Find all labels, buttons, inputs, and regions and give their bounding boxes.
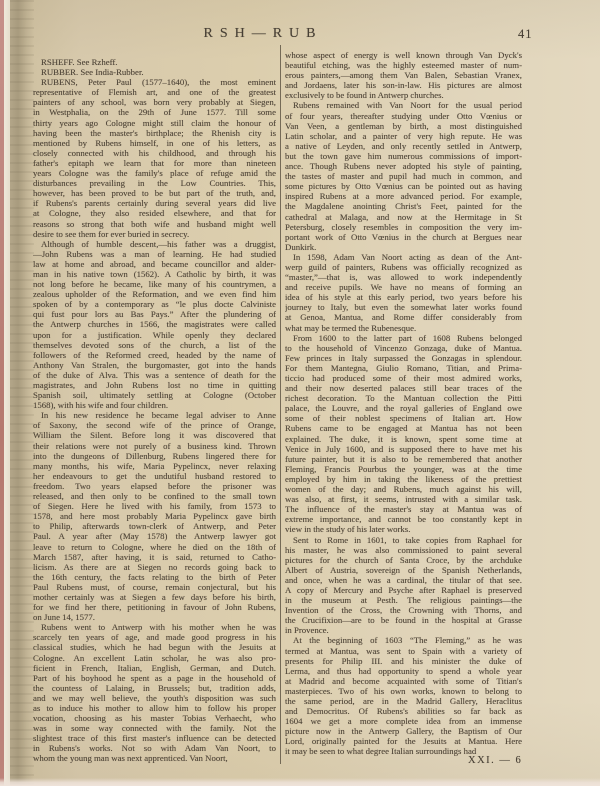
text-line: Few princes in Italy surpassed the Gonza… (285, 353, 522, 363)
text-line: having been the master's birthplace; the… (33, 128, 276, 138)
text-line: licism. As there are at Siegen no record… (33, 562, 276, 572)
page-bottom-edge (0, 778, 600, 786)
text-line: leave to return to Cologne, where he die… (33, 542, 276, 552)
page-number: 41 (518, 27, 533, 42)
text-line: and once, when he was a cardinal, the ti… (285, 575, 522, 585)
text-line: exclusively to be found in Antwerp churc… (285, 90, 522, 100)
text-line: RUBBER. See India-Rubber. (33, 67, 276, 77)
text-line: Lord, originally painted for the Jesuits… (285, 736, 522, 746)
text-line: Paul. A year after (May 1578) the Antwer… (33, 531, 276, 541)
text-line: spoken of by a contemporary as “le plus … (33, 299, 276, 309)
text-line: not long before he became, like many of … (33, 279, 276, 289)
text-line: At the beginning of 1603 “The Fleming,” … (285, 635, 522, 645)
text-line: the same period, are in the Madrid Galle… (285, 696, 522, 706)
text-line: presents for Philip III. and his ministe… (285, 656, 522, 666)
text-line: werp guild of painters, Rubens was offic… (285, 262, 522, 272)
text-line: of Siegen. Here he lived with his family… (33, 501, 276, 511)
text-line: “master,”—that is, was allowed to work i… (285, 272, 522, 282)
text-line: law at home and abroad, and became counc… (33, 259, 276, 269)
text-line: cathedral at Malaga, and now at the Herm… (285, 212, 522, 222)
text-line: some pictures by Otto Vœnius can be poin… (285, 181, 522, 191)
text-line: was in some way connected with the famil… (33, 723, 276, 733)
text-line: in Westphalia, on the 29th of June 1577.… (33, 107, 276, 117)
text-line: if Rubens's parents certainly during sev… (33, 198, 276, 208)
text-line: the Crucifixion—are to be found in the h… (285, 615, 522, 625)
text-line: as to induce his mother to allow him to … (33, 703, 276, 713)
text-line: and their now deserted palaces still bea… (285, 383, 522, 393)
text-line: followers of the Reformed creed, headed … (33, 350, 276, 360)
text-line: Sent to Rome in 1601, to take copies fro… (285, 535, 522, 545)
text-line: RSHEFF. See Rzheff. (33, 57, 276, 67)
page-gutter-shadow (10, 0, 34, 786)
text-line: masterpieces. Two of his own works, know… (285, 686, 522, 696)
text-line: magistrates, and John Rubens lost no tim… (33, 380, 276, 390)
text-line: 1604 we get a more complete idea from an… (285, 716, 522, 726)
text-line: RUBENS, Peter Paul (1577–1640), the most… (33, 77, 276, 87)
text-line: For them Mantegna, Giulio Romano, Titian… (285, 363, 522, 373)
text-line: employed by him in taking the likeness o… (285, 474, 522, 484)
text-line: and receive pupils. We have no means of … (285, 282, 522, 292)
text-line: Albert of Austria, sovereign of the Span… (285, 565, 522, 575)
text-line: their relations were not purely of a bus… (33, 441, 276, 451)
text-line: In 1598, Adam Van Noort acting as dean o… (285, 252, 522, 262)
text-line: Venice in July 1600, and is supposed the… (285, 444, 522, 454)
text-line: qui fust pour lors au Bas Pays.” After t… (33, 309, 276, 319)
text-line: —John Rubens was a man of learning. He h… (33, 249, 276, 259)
text-line: the 16th century, the facts relating to … (33, 572, 276, 582)
text-line: into the dungeons of Dillenburg, Rubens … (33, 451, 276, 461)
text-line: mentioned by Rubens himself, in one of h… (33, 138, 276, 148)
text-line: From 1600 to the latter part of 1608 Rub… (285, 333, 522, 343)
text-line: many months, his wife, Maria Pypelincx, … (33, 461, 276, 471)
text-line: desire to see them for ever buried in se… (33, 229, 276, 239)
text-line: whose aspect of energy is well known thr… (285, 50, 522, 60)
left-text-column: RSHEFF. See Rzheff.RUBBER. See India-Rub… (33, 57, 276, 764)
text-line: Lerma, and thus had opportunity to spend… (285, 666, 522, 676)
text-line: Although of humble descent,—his father w… (33, 239, 276, 249)
text-line: some of their noblest specimens of Itali… (285, 413, 522, 423)
text-line: and we may well believe, the youth's dis… (33, 693, 276, 703)
text-line: Paul Rubens must, of course, remain conj… (33, 582, 276, 592)
text-line: Rubens remained with Van Noort for the u… (285, 100, 522, 110)
text-line: themselves devoted sons of the church, a… (33, 340, 276, 350)
text-line: a native of Leyden, and only recently se… (285, 141, 522, 151)
text-line: and Democritus. Of Rubens's abilities so… (285, 706, 522, 716)
volume-signature: XXI. — 6 (468, 755, 522, 766)
text-line: explained. The duke, it is known, spent … (285, 434, 522, 444)
text-line: upon for a justification. While openly t… (33, 330, 276, 340)
text-line: his master, he was also commissioned to … (285, 545, 522, 555)
text-line: idea of his style at this early period, … (285, 292, 522, 302)
text-line: but the town gave him numerous commissio… (285, 151, 522, 161)
text-line: richest decoration. To the Mantuan colle… (285, 393, 522, 403)
text-line: Cologne. An excellent Latin scholar, he … (33, 653, 276, 663)
text-line: the Magdalene anointing Christ's Feet, p… (285, 201, 522, 211)
text-line: palace, the Louvre, and the royal galler… (285, 403, 522, 413)
text-line: in the museum at Pesth. The religious pa… (285, 595, 522, 605)
text-line: 1578, and here most probably Maria Pypel… (33, 511, 276, 521)
text-line: classical studies, which he had begun wi… (33, 642, 276, 652)
text-line: in Provence. (285, 625, 522, 635)
text-line: ficient in French, Italian, English, Ger… (33, 663, 276, 673)
text-line: her endeavours to get the undutiful husb… (33, 471, 276, 481)
text-line: The influence of the master's stay at Ma… (285, 504, 522, 514)
text-line: extreme importance, and cannot be too co… (285, 514, 522, 524)
text-line: was also, at first, it seems, intrusted … (285, 494, 522, 504)
text-line: at Madrid and become acquainted with som… (285, 676, 522, 686)
text-line: ticcio had produced some of their most a… (285, 373, 522, 383)
text-line: Spanish soil, ultimately settling at Col… (33, 390, 276, 400)
text-line: March 1587, after having, it is said, re… (33, 552, 276, 562)
text-line: representative of Flemish art, and one o… (33, 87, 276, 97)
right-text-column: whose aspect of energy is well known thr… (285, 50, 522, 757)
running-header: RSH—RUB (33, 26, 493, 42)
text-line: of the duke of Alva. This was a sentence… (33, 370, 276, 380)
text-line: vocation, choosing as his master Tobias … (33, 713, 276, 723)
text-line: the tastes of master and pupil had much … (285, 171, 522, 181)
text-line: Dunkirk. (285, 242, 522, 252)
text-line: scarcely ten years of age, and made good… (33, 632, 276, 642)
text-line: thirty years ago Cologne might still cla… (33, 118, 276, 128)
text-line: painters of any school, was born very pr… (33, 97, 276, 107)
text-line: picture now in the Antwerp Gallery, the … (285, 726, 522, 736)
text-line: of four years, thereafter studying under… (285, 111, 522, 121)
text-line: to Philip, afterwards town-clerk of Antw… (33, 521, 276, 531)
text-line: disturbances prevailing in the Low Count… (33, 178, 276, 188)
text-line: the Antwerp churches in 1566, the magist… (33, 319, 276, 329)
text-line: A copy of Mercury and Psyche after Rapha… (285, 585, 522, 595)
text-line: for we find her there, petitioning in fa… (33, 602, 276, 612)
text-line: man in his native town (1562). A Catholi… (33, 269, 276, 279)
text-line: the countess of Lalaing, in Brussels; bu… (33, 683, 276, 693)
text-line: William the Silent. Before long it was d… (33, 430, 276, 440)
text-line: father's epitaph we learn that for more … (33, 158, 276, 168)
text-line: Anthony Van Stralen, the burgomaster, go… (33, 360, 276, 370)
text-line: future painter, but it is also to be rem… (285, 454, 522, 464)
text-line: Part of his boyhood he spent as a page i… (33, 673, 276, 683)
text-line: erous painters,—among them Van Balen, Se… (285, 70, 522, 80)
text-line: released, and then only to be confined t… (33, 491, 276, 501)
text-line: Petersburg, closely resembles in composi… (285, 222, 522, 232)
text-line: Rubens came to be engaged at Mantua has … (285, 423, 522, 433)
text-line: mother certainly was at Siegen a few day… (33, 592, 276, 602)
text-line: termed at Mantua, was sent to Spain with… (285, 646, 522, 656)
text-line: Invention of the Cross, the Crowning wit… (285, 605, 522, 615)
text-line: Fleming, Francis Pourbus the younger, wa… (285, 464, 522, 474)
text-line: and Jordaens, later his son-in-law. His … (285, 80, 522, 90)
text-line: journey to Italy, but even the somewhat … (285, 302, 522, 312)
text-line: at Cologne, they also resided elsewhere,… (33, 208, 276, 218)
text-line: In his new residence he became legal adv… (33, 410, 276, 420)
text-line: on June 14, 1577. (33, 612, 276, 622)
text-line: at Genoa, Mantua, and Rome differ consid… (285, 312, 522, 322)
text-line: inspired Rubens at a more advanced perio… (285, 191, 522, 201)
text-line: however, has been proved to be but part … (33, 188, 276, 198)
text-line: whom the young man was next apprenticed.… (33, 753, 276, 763)
text-line: Rubens went to Antwerp with his mother w… (33, 622, 276, 632)
text-line: to the household of Vincenzo Gonzaga, du… (285, 343, 522, 353)
text-line: beautiful etching, was the highly esteem… (285, 60, 522, 70)
text-line: view in the study of his later works. (285, 524, 522, 534)
text-line: pictures for the church of Santa Croce, … (285, 555, 522, 565)
text-line: closely connected with his childhood, an… (33, 148, 276, 158)
text-line: years Cologne was the family's place of … (33, 168, 276, 178)
text-line: slightest trace of this first master's i… (33, 733, 276, 743)
text-line: women of the day; and Rubens, much again… (285, 484, 522, 494)
text-line: freedom. Two years elapsed before the pr… (33, 481, 276, 491)
text-line: Latin scholar, and a painter of very hig… (285, 131, 522, 141)
text-line: portant work of Otto Vœnius in the churc… (285, 232, 522, 242)
text-line: zealous upholder of the Reformation, and… (33, 289, 276, 299)
text-line: Van Veen, a gentleman by birth, a most d… (285, 121, 522, 131)
text-line: what may be termed the Rubenesque. (285, 323, 522, 333)
text-line: of Saxony, the second wife of the prince… (33, 420, 276, 430)
text-line: ance. Though Rubens never adopted his st… (285, 161, 522, 171)
text-line: reasons so strong that both wife and hus… (33, 219, 276, 229)
column-divider-rule (280, 45, 281, 764)
text-line: 1568), with his wife and four children. (33, 400, 276, 410)
text-line: in Rubens's works. Not so with Adam Van … (33, 743, 276, 753)
